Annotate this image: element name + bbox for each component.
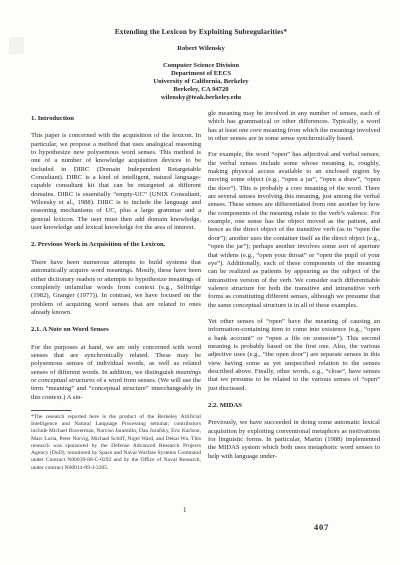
paragraph-open-example: For example, the word “open” has adjecti… bbox=[208, 151, 380, 310]
affiliation-line: Computer Science Division bbox=[25, 62, 377, 70]
section-heading-word-senses: 2.1. A Note on Word Senses bbox=[31, 326, 201, 334]
section-heading-introduction: 1. Introduction bbox=[31, 115, 201, 123]
italic-term: core bbox=[250, 127, 261, 134]
paragraph-other-senses: Yet other senses of “open” have the mean… bbox=[208, 318, 380, 393]
inner-page-number: 1 bbox=[183, 507, 186, 514]
paragraph-previous-work: There have been numerous attempts to bui… bbox=[31, 259, 201, 317]
affiliation-line: Berkeley, CA 94720 bbox=[25, 86, 377, 94]
affiliation-block: Computer Science Division Department of … bbox=[25, 62, 377, 102]
affiliation-line: University of California, Berkeley bbox=[25, 78, 377, 86]
proceedings-page-number: 407 bbox=[314, 522, 329, 532]
affiliation-line: Department of EECS bbox=[25, 70, 377, 78]
italic-term: meanings bbox=[176, 369, 201, 376]
email-line: wilensky@teak.berkeley.edu bbox=[25, 94, 377, 102]
paper-page: Extending the Lexicon by Exploiting Subr… bbox=[0, 0, 400, 565]
left-column: 1. Introduction This paper is concerned … bbox=[31, 112, 201, 472]
footnote-text: *The research reported here is the produ… bbox=[31, 414, 201, 472]
right-column: gle meaning may be involved in any numbe… bbox=[208, 110, 380, 469]
paper-title: Extending the Lexicon by Exploiting Subr… bbox=[25, 27, 377, 36]
section-heading-previous-work: 2. Previous Work in Acquisition of the L… bbox=[31, 241, 201, 249]
paragraph-core-meaning: gle meaning may be involved in any numbe… bbox=[208, 110, 380, 143]
paragraph-midas: Previously, we have succeeded in doing s… bbox=[208, 419, 380, 461]
scan-smudge-artifact bbox=[9, 37, 24, 54]
section-heading-midas: 2.2. MIDAS bbox=[208, 402, 380, 410]
author-name: Robert Wilensky bbox=[25, 45, 377, 52]
paper-header: Extending the Lexicon by Exploiting Subr… bbox=[25, 27, 377, 102]
paragraph-introduction: This paper is concerned with the acquisi… bbox=[31, 132, 201, 232]
italic-term: conceptual structures bbox=[38, 377, 95, 384]
footnote-rule bbox=[31, 410, 71, 411]
paragraph-word-senses: For the purposes at hand, we are only co… bbox=[31, 344, 201, 402]
